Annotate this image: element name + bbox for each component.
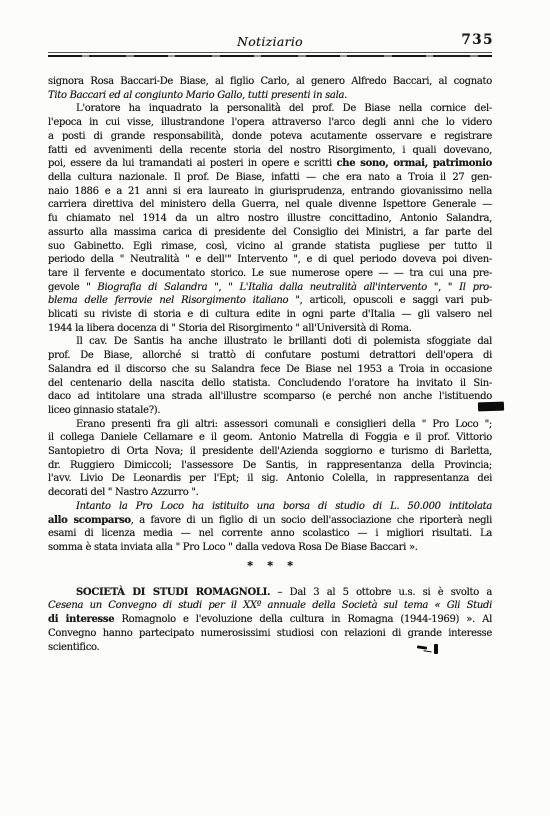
text-segment: Biografia di Salandra xyxy=(97,282,207,293)
text-segment: , a favore di un figlio di un socio dell… xyxy=(131,515,492,526)
text-line: esami di licenza media — nel corrente an… xyxy=(48,527,492,541)
text-line: blicati su riviste di storia e di cultur… xyxy=(48,308,492,322)
text-segment: del centenario della nascita dello stati… xyxy=(48,378,492,389)
body-section-2: SOCIETÀ DI STUDI ROMAGNOLI. – Dal 3 al 5… xyxy=(48,586,492,655)
text-segment: blema delle ferrovie nel Risorgimento it… xyxy=(48,295,288,306)
text-line: 1944 la libera docenza di " Storia del R… xyxy=(48,322,492,336)
text-segment: della cultura nazionale. Il prof. De Bia… xyxy=(48,172,492,183)
body-text: signora Rosa Baccari-De Biase, al figlio… xyxy=(48,75,492,654)
text-segment: liceo ginnasio statale?). xyxy=(48,405,160,416)
text-segment: Cesena un Convegno di studi per il XXº a… xyxy=(48,600,492,611)
text-line: assurto alla massima carica di president… xyxy=(48,226,492,240)
text-segment: l'avv. Livio De Leonardis per l'Ept; il … xyxy=(48,473,492,484)
asterisk-separator: * * * xyxy=(48,559,492,573)
text-line: il collega Daniele Cellamare e il geom. … xyxy=(48,431,492,445)
text-segment: Santopietro di Orta Nova; il presidente … xyxy=(48,446,492,457)
text-line: della cultura nazionale. Il prof. De Bia… xyxy=(48,171,492,185)
text-line: Convegno hanno partecipato numerosissimi… xyxy=(48,627,492,641)
text-line: periodo della " Neutralità " e dell'" In… xyxy=(48,253,492,267)
text-segment: Il cav. De Santis ha anche illustrato le… xyxy=(76,336,492,347)
ink-smudge-artifact xyxy=(478,402,504,412)
text-line: Tito Baccari ed al congiunto Mario Gallo… xyxy=(48,89,492,103)
text-segment: dr. Ruggiero Dimiccoli; l'assessore De S… xyxy=(48,460,492,471)
text-line: decorati del " Nastro Azzurro ". xyxy=(48,486,492,500)
text-segment: naio 1886 e a 21 anni si era laureato in… xyxy=(48,186,492,197)
text-segment: Erano presenti fra gli altri: assessori … xyxy=(76,419,492,430)
text-line: fatti ed avvenimenti della recente stori… xyxy=(48,144,492,158)
text-segment: Il pro- xyxy=(459,282,492,293)
paragraph: Erano presenti fra gli altri: assessori … xyxy=(48,418,492,500)
ink-bar-artifact xyxy=(434,644,438,654)
text-segment: 1944 la libera docenza di " Storia del R… xyxy=(48,323,412,334)
text-segment: fu chiamato nel 1914 da un altro nostro … xyxy=(48,213,492,224)
text-line: fu chiamato nel 1914 da un altro nostro … xyxy=(48,212,492,226)
text-segment: Tito Baccari ed al congiunto Mario Gallo… xyxy=(48,90,347,101)
header-title: Notiziario xyxy=(48,34,492,49)
text-segment: carriera direttiva del ministero della G… xyxy=(48,199,492,210)
text-line: di interesse Romagnolo e l'evoluzione de… xyxy=(48,613,492,627)
paragraph: signora Rosa Baccari-De Biase, al figlio… xyxy=(48,75,492,102)
text-line: l'epoca in cui visse, illustrandone l'op… xyxy=(48,116,492,130)
body-section-1: signora Rosa Baccari-De Biase, al figlio… xyxy=(48,75,492,555)
text-line: Cesena un Convegno di studi per il XXº a… xyxy=(48,599,492,613)
text-line: dr. Ruggiero Dimiccoli; l'assessore De S… xyxy=(48,459,492,473)
text-line: somma è stata inviata alla " Pro Loco " … xyxy=(48,541,492,555)
text-line: liceo ginnasio statale?). xyxy=(48,404,492,418)
text-segment: di interesse xyxy=(48,614,114,625)
header-rule-thin xyxy=(48,52,492,53)
text-segment: il collega Daniele Cellamare e il geom. … xyxy=(48,432,492,443)
text-line: tare il fervente e documentato storico. … xyxy=(48,267,492,281)
text-segment: gevole " xyxy=(48,282,97,293)
text-line: prof. De Biase, allorché si trattò di co… xyxy=(48,349,492,363)
text-line: carriera direttiva del ministero della G… xyxy=(48,198,492,212)
text-line: SOCIETÀ DI STUDI ROMAGNOLI. – Dal 3 al 5… xyxy=(48,586,492,600)
text-line: allo scomparso, a favore di un figlio di… xyxy=(48,514,492,528)
text-segment: esami di licenza media — nel corrente an… xyxy=(48,528,492,539)
text-segment: Intanto la Pro Loco ha istituito una bor… xyxy=(76,501,492,512)
text-segment: fatti ed avvenimenti della recente stori… xyxy=(48,145,492,156)
text-line: naio 1886 e a 21 anni si era laureato in… xyxy=(48,185,492,199)
text-segment: poi, essere da lui tramandati ai posteri… xyxy=(48,158,337,169)
text-segment: somma è stata inviata alla " Pro Loco " … xyxy=(48,542,418,553)
paragraph: L'oratore ha inquadrato la personalità d… xyxy=(48,102,492,335)
text-segment: ", " xyxy=(427,282,459,293)
text-segment: L'oratore ha inquadrato la personalità d… xyxy=(76,103,492,114)
text-line: Intanto la Pro Loco ha istituito una bor… xyxy=(48,500,492,514)
text-segment: suo Gabinetto. Egli rimase, così, vicino… xyxy=(48,241,492,252)
paragraph: Intanto la Pro Loco ha istituito una bor… xyxy=(48,500,492,555)
text-line: signora Rosa Baccari-De Biase, al figlio… xyxy=(48,75,492,89)
text-segment: blicati su riviste di storia e di cultur… xyxy=(48,309,492,320)
paragraph: SOCIETÀ DI STUDI ROMAGNOLI. – Dal 3 al 5… xyxy=(48,586,492,655)
text-segment: a posti di grande responsabilità, donde … xyxy=(48,131,492,142)
text-segment: signora Rosa Baccari-De Biase, al figlio… xyxy=(48,76,492,87)
text-line: daco ad intitolare una strada all'illust… xyxy=(48,390,492,404)
paragraph: Il cav. De Santis ha anche illustrato le… xyxy=(48,335,492,417)
text-segment: scientifico. xyxy=(48,642,99,653)
text-line: a posti di grande responsabilità, donde … xyxy=(48,130,492,144)
text-segment: prof. De Biase, allorché si trattò di co… xyxy=(48,350,492,361)
text-segment: allo scomparso xyxy=(48,515,131,526)
scanned-journal-page: Notiziario 735 signora Rosa Baccari-De B… xyxy=(0,0,550,816)
text-segment: Convegno hanno partecipato numerosissimi… xyxy=(48,628,492,639)
text-segment: che sono, ormai, patrimonio xyxy=(337,158,493,169)
text-segment: ", articoli, opuscoli e saggi vari pub- xyxy=(288,295,492,306)
text-line: suo Gabinetto. Egli rimase, così, vicino… xyxy=(48,240,492,254)
text-line: Il cav. De Santis ha anche illustrato le… xyxy=(48,335,492,349)
text-segment: periodo della " Neutralità " e dell'" In… xyxy=(48,254,492,265)
text-segment: L'Italia dalla neutralità all'intervento xyxy=(239,282,426,293)
text-line: Santopietro di Orta Nova; il presidente … xyxy=(48,445,492,459)
text-segment: SOCIETÀ DI STUDI ROMAGNOLI. xyxy=(76,587,270,598)
header-rule-thick xyxy=(48,55,492,57)
text-segment: assurto alla massima carica di president… xyxy=(48,227,492,238)
text-block: Notiziario 735 signora Rosa Baccari-De B… xyxy=(48,34,492,654)
text-line: Erano presenti fra gli altri: assessori … xyxy=(48,418,492,432)
page-number: 735 xyxy=(461,32,494,48)
text-segment: ", " xyxy=(207,282,239,293)
text-line: Salandra ed il discorso che su Salandra … xyxy=(48,363,492,377)
text-line: poi, essere da lui tramandati ai posteri… xyxy=(48,157,492,171)
text-line: del centenario della nascita dello stati… xyxy=(48,377,492,391)
text-segment: l'epoca in cui visse, illustrandone l'op… xyxy=(48,117,492,128)
text-segment: daco ad intitolare una strada all'illust… xyxy=(48,391,492,402)
text-segment: – Dal 3 al 5 ottobre u.s. si è svolto a xyxy=(270,587,492,598)
text-segment: Romagnolo e l'evoluzione della cultura i… xyxy=(114,614,492,625)
text-segment: decorati del " Nastro Azzurro ". xyxy=(48,487,199,498)
running-header: Notiziario 735 xyxy=(48,34,492,50)
text-line: gevole " Biografia di Salandra ", " L'It… xyxy=(48,281,492,295)
text-line: blema delle ferrovie nel Risorgimento it… xyxy=(48,294,492,308)
text-line: L'oratore ha inquadrato la personalità d… xyxy=(48,102,492,116)
text-segment: tare il fervente e documentato storico. … xyxy=(48,268,492,279)
text-line: l'avv. Livio De Leonardis per l'Ept; il … xyxy=(48,472,492,486)
text-segment: Salandra ed il discorso che su Salandra … xyxy=(48,364,492,375)
